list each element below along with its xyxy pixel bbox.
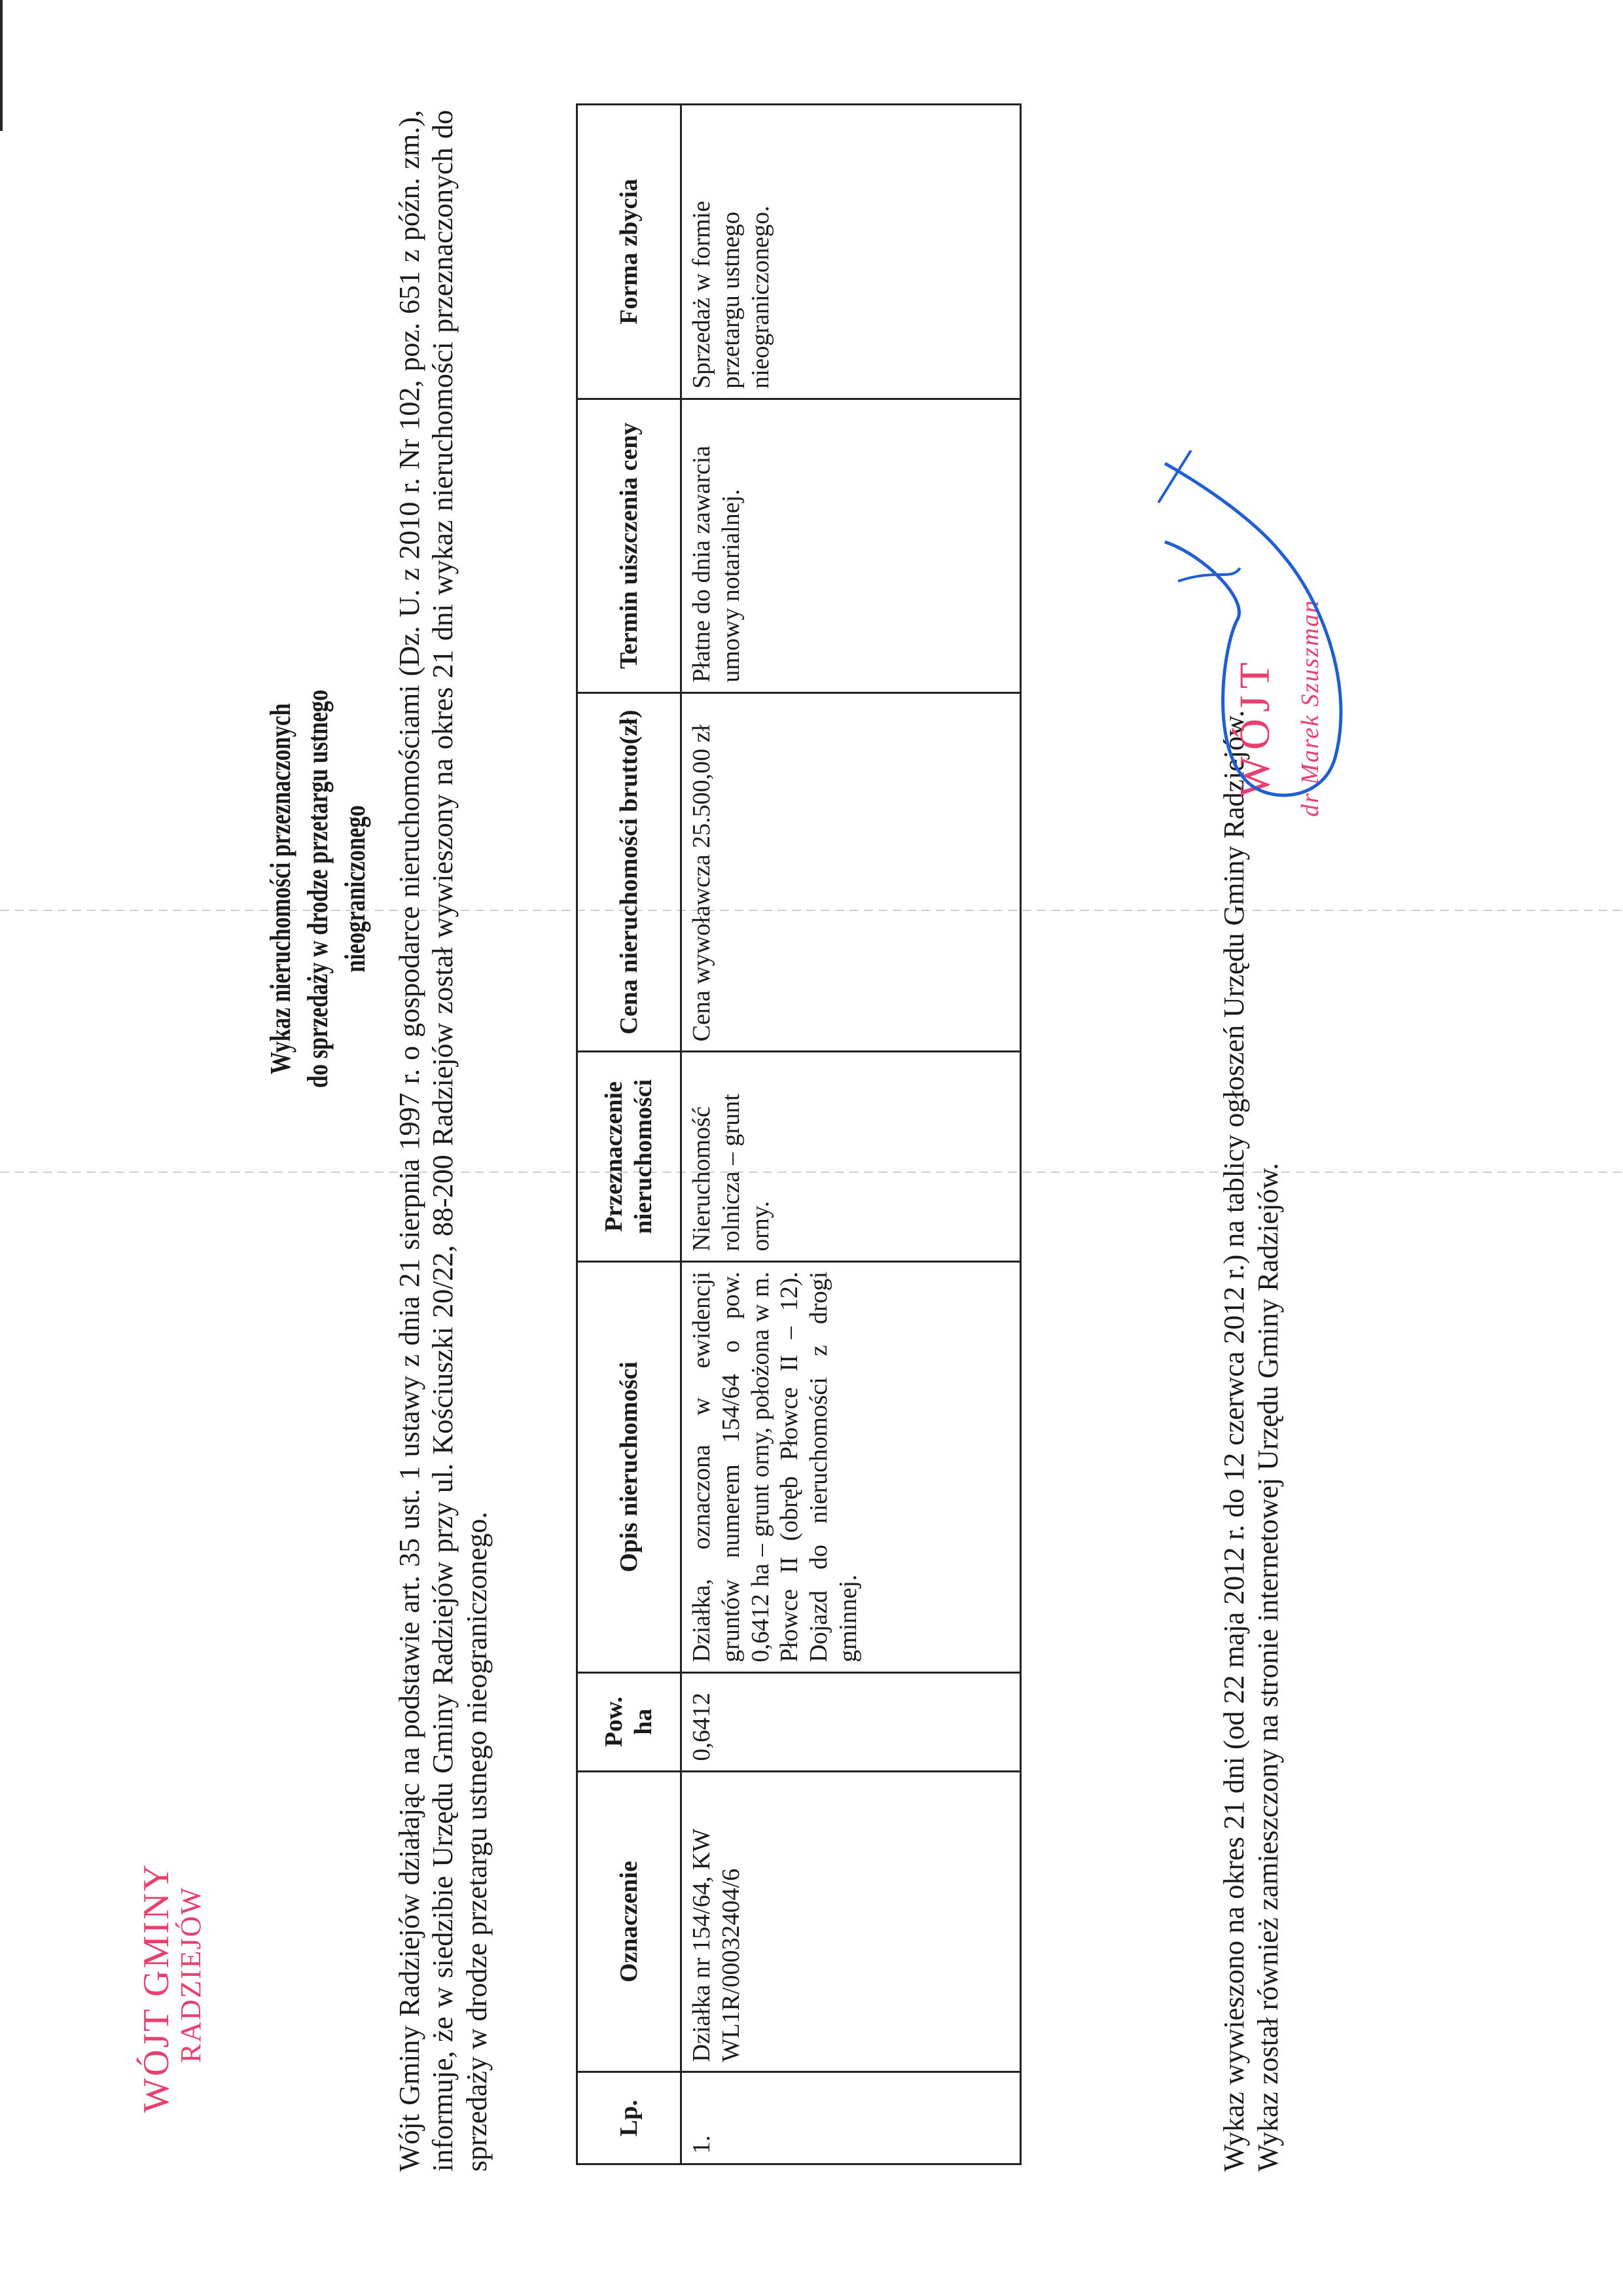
document-title: Wykaz nieruchomości przeznaczonych do sp… (262, 659, 374, 1119)
document-page: WÓJT GMINY RADZIEJÓW Wykaz nieruchomości… (0, 0, 1623, 2296)
header-opis: Opis nieruchomości (577, 1261, 681, 1672)
handwritten-signature-icon (1152, 450, 1400, 817)
header-termin: Termin uiszczenia ceny (577, 399, 681, 692)
header-oznaczenie: Oznaczenie (577, 1771, 681, 2072)
table-row: 1. Działka nr 154/64, KW WL1R/00032404/6… (681, 105, 1021, 2164)
property-table: Lp. Oznaczenie Pow. ha Opis nieruchomośc… (576, 103, 1022, 2165)
header-cena: Cena nieruchomości brutto(zł) (577, 692, 681, 1052)
signature-block: WÓJT dr Marek Szuszman (1152, 450, 1400, 817)
cell-oznaczenie: Działka nr 154/64, KW WL1R/00032404/6 (681, 1771, 1021, 2072)
stamp-line-1: WÓJT GMINY (137, 1863, 176, 2113)
cell-opis: Działka, oznaczona w ewidencji gruntów n… (681, 1261, 1021, 1672)
header-przeznaczenie: Przeznaczenie nieruchomości (577, 1052, 681, 1262)
cell-cena: Cena wywoławcza 25.500,00 zł (681, 692, 1021, 1052)
cell-forma: Sprzedaż w formie przetargu ustnego nieo… (681, 105, 1021, 399)
intro-paragraph: Wójt Gminy Radziejów działając na podsta… (393, 110, 493, 2172)
title-line-2: do sprzedaży w drodze przetargu ustnego … (299, 659, 374, 1119)
header-lp: Lp. (577, 2072, 681, 2164)
stamp-line-2: RADZIEJÓW (176, 1863, 206, 2087)
cell-pow: 0,6412 (681, 1672, 1021, 1771)
cell-lp: 1. (681, 2072, 1021, 2164)
title-line-1: Wykaz nieruchomości przeznaczonych (262, 659, 299, 1119)
table-header-row: Lp. Oznaczenie Pow. ha Opis nieruchomośc… (577, 105, 681, 2164)
header-forma: Forma zbycia (577, 105, 681, 399)
header-pow: Pow. ha (577, 1672, 681, 1771)
office-stamp: WÓJT GMINY RADZIEJÓW (137, 1863, 206, 2113)
cell-przeznaczenie: Nieruchomość rolnicza – grunt orny. (681, 1052, 1021, 1262)
cell-termin: Płatne do dnia zawarcia umowy notarialne… (681, 399, 1021, 692)
